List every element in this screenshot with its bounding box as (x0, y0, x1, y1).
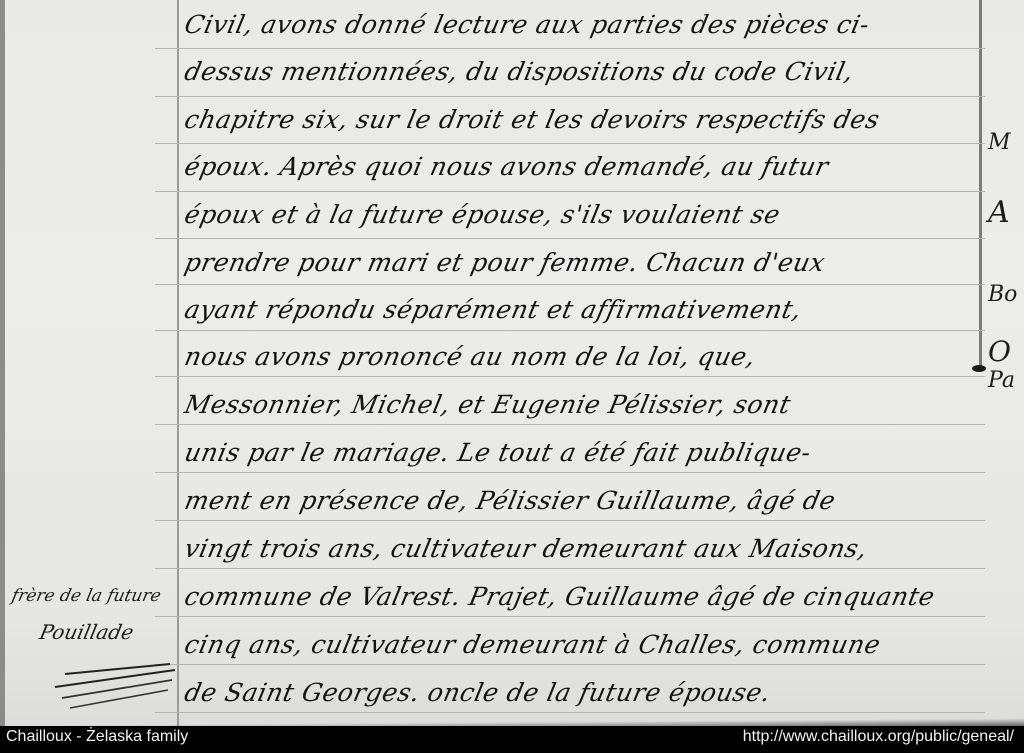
handwritten-line: ayant répondu séparément et affirmativem… (182, 295, 804, 324)
ruled-line (155, 330, 985, 331)
ruled-line (155, 424, 985, 425)
margin-note-signature: Pouillade (37, 620, 135, 644)
right-margin-fragment: Bo (988, 282, 1017, 307)
ruled-line (155, 472, 985, 473)
handwritten-line: cinq ans, cultivateur demeurant à Challe… (182, 630, 883, 659)
ruled-line (155, 664, 985, 665)
handwritten-line: unis par le mariage. Le tout a été fait … (182, 438, 814, 467)
handwritten-line: chapitre six, sur le droit et les devoir… (182, 105, 882, 134)
signature-flourish-icon (50, 662, 180, 712)
left-margin-rule (177, 0, 179, 730)
ruled-line (155, 48, 985, 49)
ruled-line (155, 376, 985, 377)
document-page: Civil, avons donné lecture aux parties d… (0, 0, 1024, 753)
ruled-line (155, 96, 985, 97)
ruled-line (155, 712, 985, 713)
page-binding-edge (0, 0, 5, 730)
right-margin-fragment: O (988, 335, 1011, 368)
right-margin-fragment: Pa (988, 368, 1015, 393)
ruled-line (155, 191, 985, 192)
family-caption: Chailloux - Żelaska family (6, 728, 188, 746)
ruled-line (155, 568, 985, 569)
handwritten-line: époux et à la future épouse, s'ils voula… (182, 200, 783, 229)
handwritten-line: époux. Après quoi nous avons demandé, au… (182, 152, 831, 181)
handwritten-line: dessus mentionnées, du dispositions du c… (182, 57, 856, 86)
handwritten-line: commune de Valrest. Prajet, Guillaume âg… (182, 582, 938, 611)
right-margin-fragment: A (988, 195, 1010, 230)
margin-note-relation: frère de la future (10, 586, 163, 606)
ruled-line (155, 284, 985, 285)
handwritten-line: de Saint Georges. oncle de la future épo… (182, 678, 774, 707)
handwritten-line: Messonnier, Michel, et Eugenie Pélissier… (182, 390, 794, 419)
ruled-line (155, 616, 985, 617)
handwritten-line: ment en présence de, Pélissier Guillaume… (182, 486, 838, 515)
handwritten-line: Civil, avons donné lecture aux parties d… (182, 10, 872, 39)
ruled-line (155, 238, 985, 239)
handwritten-line: prendre pour mari et pour femme. Chacun … (182, 248, 828, 277)
ink-blot (972, 365, 986, 372)
ruled-line (155, 143, 985, 144)
caption-bar: Chailloux - Żelaska family http://www.ch… (0, 726, 1024, 753)
scanned-register-page: Civil, avons donné lecture aux parties d… (0, 0, 1024, 730)
source-url: http://www.chailloux.org/public/geneal/ (743, 728, 1014, 746)
right-margin-rule (979, 0, 982, 370)
ruled-line (155, 520, 985, 521)
handwritten-line: nous avons prononcé au nom de la loi, qu… (182, 342, 758, 371)
right-margin-fragment: M (988, 130, 1011, 155)
handwritten-line: vingt trois ans, cultivateur demeurant a… (182, 534, 870, 563)
